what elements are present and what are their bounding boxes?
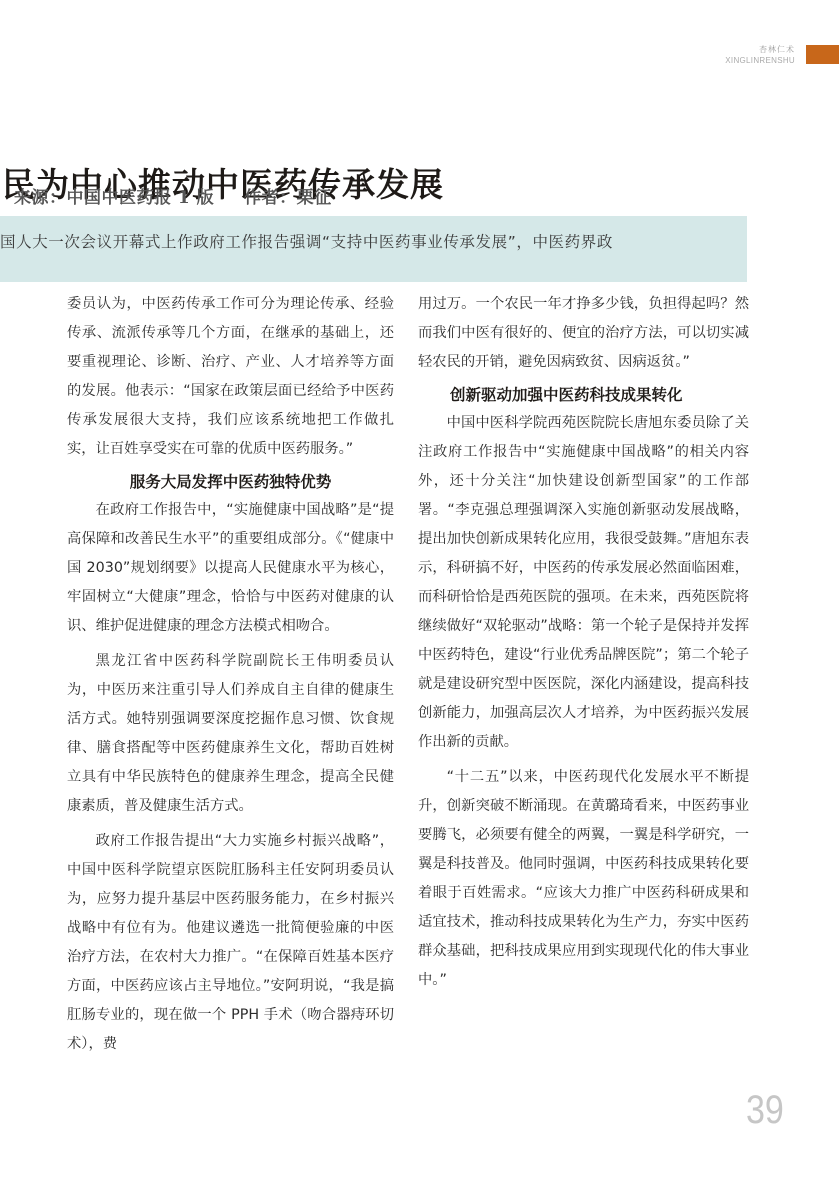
masthead: 杏林仁术 XINGLINRENSHU [700,44,839,68]
paragraph: 政府工作报告提出“大力实施乡村振兴战略”，中国中医科学院望京医院肛肠科主任安阿玥… [67,827,394,1059]
column-name-pinyin: XINGLINRENSHU [725,55,795,66]
author-value: 栗征 [297,188,332,208]
paragraph: 在政府工作报告中，“实施健康中国战略”是“提高保障和改善民生水平”的重要组成部分… [67,496,394,641]
lead-band: 国人大一次会议开幕式上作政府工作报告强调“支持中医药事业传承发展”，中医药界政 [0,216,747,282]
accent-color-block [806,45,839,64]
masthead-text: 杏林仁术 XINGLINRENSHU [725,44,795,66]
paragraph: 委员认为，中医药传承工作可分为理论传承、经验传承、流派传承等几个方面，在继承的基… [67,290,394,464]
byline: 来源：中国中医药报 1 版作者：栗征 [14,183,332,208]
paragraph: 中国中医科学院西苑医院院长唐旭东委员除了关注政府工作报告中“实施健康中国战略”的… [418,409,749,757]
paragraph: “十二五”以来，中医药现代化发展水平不断提升，创新突破不断涌现。在黄璐琦看来，中… [418,763,749,995]
source-value: 中国中医药报 1 版 [67,188,215,208]
lead-paragraph: 国人大一次会议开幕式上作政府工作报告强调“支持中医药事业传承发展”，中医药界政 [0,230,613,252]
paragraph: 用过万。一个农民一年才挣多少钱，负担得起吗？然而我们中医有很好的、便宜的治疗方法… [418,290,749,377]
column-name-chinese: 杏林仁术 [725,44,795,55]
right-column: 用过万。一个农民一年才挣多少钱，负担得起吗？然而我们中医有很好的、便宜的治疗方法… [418,290,749,995]
page-number: 39 [746,1088,784,1133]
left-column: 委员认为，中医药传承工作可分为理论传承、经验传承、流派传承等几个方面，在继承的基… [67,290,394,1059]
section-heading: 创新驱动加强中医药科技成果转化 [418,381,749,409]
author-label: 作者： [244,188,297,208]
section-heading: 服务大局发挥中医药独特优势 [67,468,394,496]
source-label: 来源： [14,188,67,208]
paragraph: 黑龙江省中医药科学院副院长王伟明委员认为，中医历来注重引导人们养成自主自律的健康… [67,647,394,821]
